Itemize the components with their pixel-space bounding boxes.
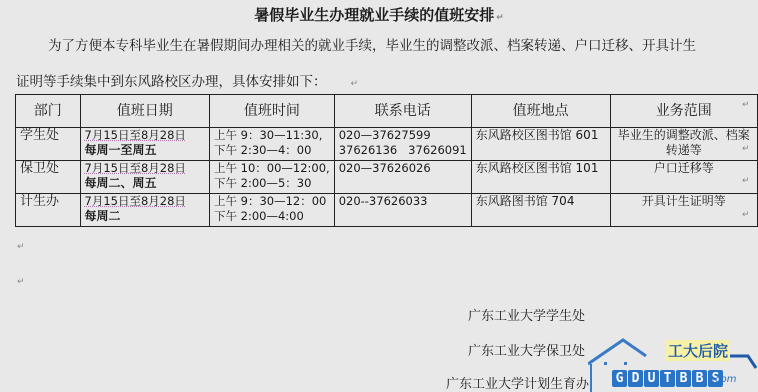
empty-paragraph-mark: ↵: [17, 242, 25, 252]
cell-time: 上午 10：00—12:00,下午 2:00—5：30: [209, 161, 334, 194]
cell-phone: 020--37626033: [334, 194, 471, 227]
cell-location: 东风路校区图书馆 601: [471, 128, 610, 161]
header-phone: 联系电话: [334, 95, 471, 128]
paragraph-mark: ↵: [351, 79, 359, 89]
cell-time: 上午 9：30—11:30,下午 2:30—4：00: [209, 128, 334, 161]
paragraph-mark: ↵: [496, 13, 504, 23]
row-end-mark: ↵: [742, 210, 750, 220]
cell-dept: 学生处: [16, 128, 81, 161]
schedule-table: 部门 值班日期 值班时间 联系电话 值班地点 业务范围 学生处 7月15日至8月…: [15, 94, 758, 227]
header-time: 值班时间: [209, 95, 334, 128]
intro-paragraph-line1: 为了方便本专科毕业生在暑假期间办理相关的就业手续，毕业生的调整改派、档案转递、户…: [48, 34, 696, 54]
cell-scope: 户口迁移等: [610, 161, 757, 194]
table-header-row: 部门 值班日期 值班时间 联系电话 值班地点 业务范围: [16, 95, 758, 128]
cell-date: 7月15日至8月28日每周二: [80, 194, 209, 227]
header-date: 值班日期: [80, 95, 209, 128]
cell-phone: 020—3762759937626136 37626091: [334, 128, 471, 161]
watermark-letters: GDUTBBS: [612, 370, 723, 387]
header-dept: 部门: [16, 95, 81, 128]
row-end-mark: ↵: [742, 144, 750, 154]
signature-security-office: 广东工业大学保卫处: [468, 340, 585, 359]
table-row: 学生处 7月15日至8月28日每周一至周五 上午 9：30—11:30,下午 2…: [16, 128, 758, 161]
watermark-suffix: .com: [712, 374, 737, 385]
signature-family-planning-office: 广东工业大学计划生育办: [446, 373, 589, 392]
row-end-mark: ↵: [742, 176, 750, 186]
header-scope: 业务范围: [610, 95, 757, 128]
cell-scope: 毕业生的调整改派、档案转递等: [610, 128, 757, 161]
cell-location: 东风路校区图书馆 101: [471, 161, 610, 194]
watermark-chinese-text: 工大后院: [666, 340, 730, 361]
cell-date: 7月15日至8月28日每周二、周五: [80, 161, 209, 194]
table-row: 保卫处 7月15日至8月28日每周二、周五 上午 10：00—12:00,下午 …: [16, 161, 758, 194]
empty-paragraph-mark: ↵: [17, 277, 25, 287]
signature-student-affairs: 广东工业大学学生处: [468, 305, 585, 324]
intro-paragraph-line2: 证明等手续集中到东风路校区办理，具体安排如下：↵: [16, 70, 358, 90]
row-end-mark: ↵: [742, 100, 750, 110]
cell-phone: 020—37626026: [334, 161, 471, 194]
cell-dept: 保卫处: [16, 161, 81, 194]
cell-time: 上午 9：30—12：00下午 2:00—4:00: [209, 194, 334, 227]
header-location: 值班地点: [471, 95, 610, 128]
cell-dept: 计生办: [16, 194, 81, 227]
cell-date: 7月15日至8月28日每周一至周五: [80, 128, 209, 161]
document-title: 暑假毕业生办理就业手续的值班安排↵: [0, 4, 758, 25]
cell-scope: 开具计生证明等: [610, 194, 757, 227]
table-row: 计生办 7月15日至8月28日每周二 上午 9：30—12：00下午 2:00—…: [16, 194, 758, 227]
cell-location: 东风路图书馆 704: [471, 194, 610, 227]
